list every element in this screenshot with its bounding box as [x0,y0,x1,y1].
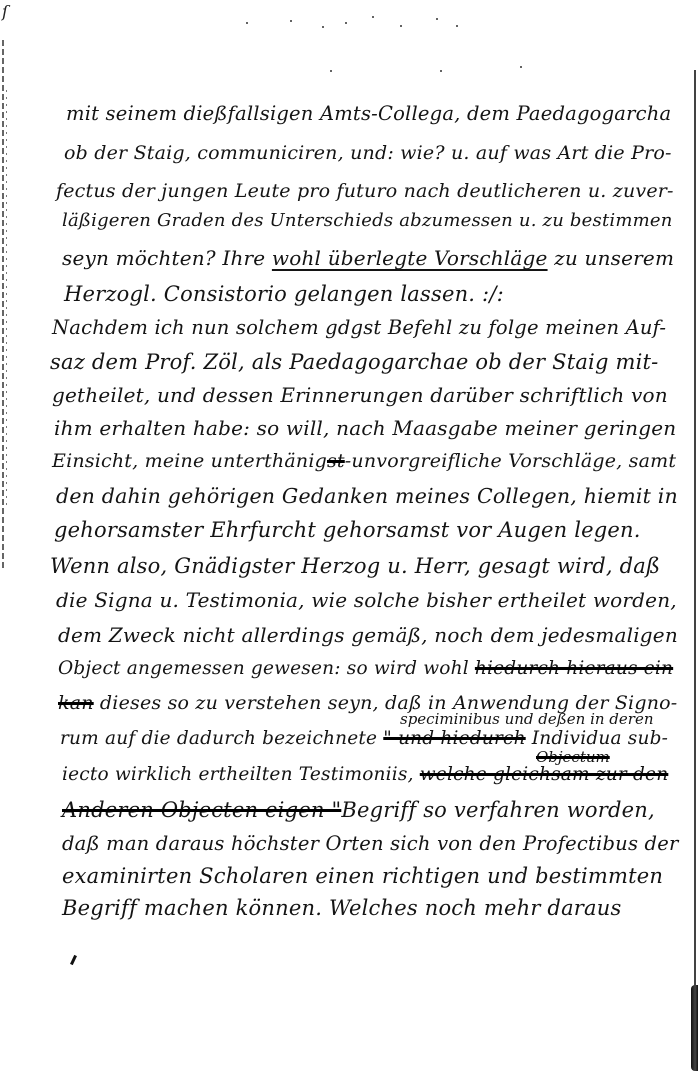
manuscript-page: ſ mit seinem dießfallsigen Amts-Collega,… [0,0,698,1071]
ink-speck [456,25,458,27]
line-20-pre: iecto wirklich ertheilten Testimoniis, [62,764,420,785]
struck-text: hiedurch hieraus ein [475,658,673,679]
struck-text: st [327,450,345,472]
text-line-17: Object angemessen gewesen: so wird wohl … [58,660,673,679]
interlinear-insertion: speciminibus und deßen in deren [400,710,654,728]
left-binding-edge [2,40,4,570]
line-19-post: Individua sub- [526,728,668,749]
text-line-11: Einsicht, meine unterthänigst-unvorgreif… [52,452,676,471]
line-21-post: Begriff so verfahren worden, [341,798,655,822]
text-line-3: fectus der jungen Leute pro futuro nach … [56,182,674,201]
text-line-10: ihm erhalten habe: so will, nach Maasgab… [54,418,676,438]
text-line-8: saz dem Prof. Zöl, als Paedagogarchae ob… [50,352,658,373]
ink-speck [345,22,347,24]
ink-speck [436,18,438,20]
text-line-2: ob der Staig, communiciren, und: wie? u.… [64,144,672,163]
struck-text: welche gleichsam zur den [420,764,669,785]
line-5-pre: seyn möchten? Ihre [62,246,272,270]
text-line-16: dem Zweck nicht allerdings gemäß, noch d… [58,625,678,645]
ink-speck [330,70,332,72]
text-line-14: Wenn also, Gnädigster Herzog u. Herr, ge… [50,556,660,577]
struck-text: kan [58,692,94,714]
ink-speck [322,26,324,28]
ink-speck [440,70,442,72]
text-line-12: den dahin gehörigen Gedanken meines Coll… [56,486,678,507]
text-line-5: seyn möchten? Ihre wohl überlegte Vorsch… [62,248,674,268]
text-line-9: getheilet, und dessen Erinnerungen darüb… [52,385,668,405]
text-line-6: Herzogl. Consistorio gelangen lassen. :/… [64,284,504,305]
line-11-pre: Einsicht, meine unterthänig [52,450,327,472]
text-line-22: daß man daraus höchster Orten sich von d… [62,834,679,854]
underlined-phrase: wohl überlegte Vorschläge [272,246,548,270]
ink-stroke-mark [70,955,77,965]
text-line-1: mit seinem dießfallsigen Amts-Collega, d… [66,104,671,124]
line-11-post: -unvorgreifliche Vorschläge, samt [345,450,676,472]
right-page-edge [694,70,696,1070]
text-line-20: iecto wirklich ertheilten Testimoniis, w… [62,766,668,785]
left-binding-dots [6,90,7,510]
ink-speck [290,20,292,22]
line-19-pre: rum auf die dadurch bezeichnete [60,728,383,749]
text-line-15: die Signa u. Testimonia, wie solche bish… [56,590,677,610]
struck-text: " und hiedurch [383,728,525,749]
text-line-13: gehorsamster Ehrfurcht gehorsamst vor Au… [54,520,641,541]
right-edge-shadow [691,985,698,1071]
text-line-7: Nachdem ich nun solchem gdgst Befehl zu … [52,318,666,338]
margin-mark: ſ [2,2,8,21]
text-line-21: Anderen Objecten eigen "Begriff so verfa… [62,800,655,821]
text-line-4: läßigeren Graden des Unterschieds abzume… [62,212,673,230]
ink-speck [400,25,402,27]
text-line-23: examinirten Scholaren einen richtigen un… [62,866,663,887]
ink-speck [520,66,522,68]
text-line-24: Begriff machen können. Welches noch mehr… [62,898,621,919]
line-5-post: zu unserem [548,246,675,270]
text-line-19: rum auf die dadurch bezeichnete " und hi… [60,730,668,749]
struck-text: Anderen Objecten eigen " [62,798,341,822]
ink-speck [246,22,248,24]
line-17-pre: Object angemessen gewesen: so wird wohl [58,658,475,679]
ink-speck [372,16,374,18]
